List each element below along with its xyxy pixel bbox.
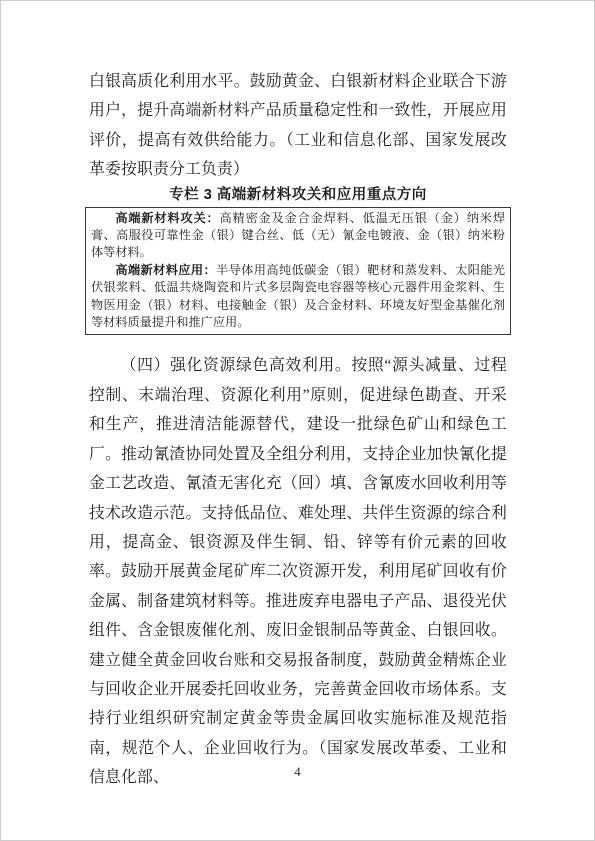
box-item-application-label: 高端新材料应用： xyxy=(115,263,216,277)
document-page: 白银高质化利用水平。鼓励黄金、白银新材料企业联合下游用户，提升高端新材料产品质量… xyxy=(0,0,595,841)
feature-box: 高端新材料攻关：高精密金及金合金焊料、低温无压银（金）纳米焊膏、高服役可靠性金（… xyxy=(85,207,511,336)
box-item-research-label: 高端新材料攻关： xyxy=(115,211,219,225)
box-item-research: 高端新材料攻关：高精密金及金合金焊料、低温无压银（金）纳米焊膏、高服役可靠性金（… xyxy=(91,210,505,262)
box-title: 专栏 3 高端新材料攻关和应用重点方向 xyxy=(89,187,507,204)
paragraph-top: 白银高质化利用水平。鼓励黄金、白银新材料企业联合下游用户，提升高端新材料产品质量… xyxy=(89,67,507,185)
box-item-application: 高端新材料应用：半导体用高纯低碳金（银）靶材和蒸发料、太阳能光伏银浆料、低温共烧… xyxy=(91,262,505,332)
page-number: 4 xyxy=(1,765,594,780)
paragraph-main: （四）强化资源绿色高效利用。按照“源头减量、过程控制、末端治理、资源化利用”原则… xyxy=(89,351,507,792)
